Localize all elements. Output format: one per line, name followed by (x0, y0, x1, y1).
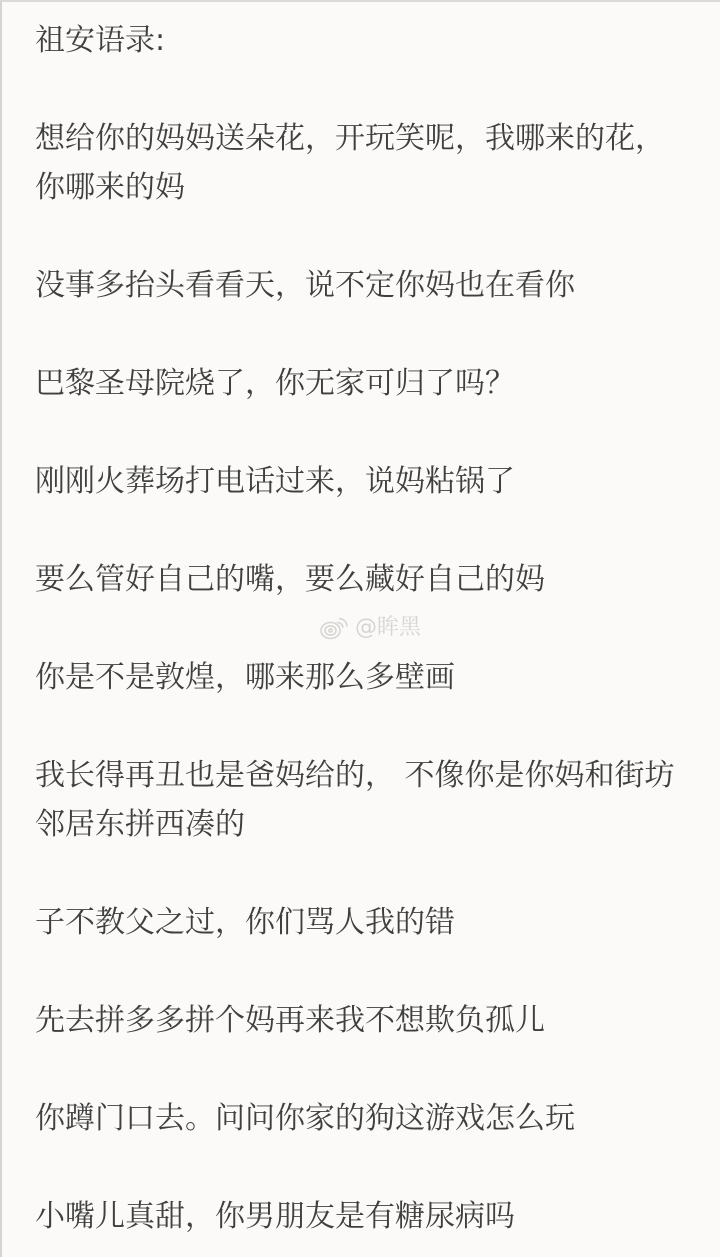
watermark: @眸黑 (318, 613, 421, 643)
watermark-text: @眸黑 (355, 613, 421, 643)
quote-line: 巴黎圣母院烧了，你无家可归了吗？ (35, 359, 694, 408)
quote-1: 想给你的妈妈送朵花，开玩笑呢，我哪来的花， 你哪来的妈 (35, 114, 694, 212)
page-title: 祖安语录: (35, 16, 694, 65)
quote-line: 要么管好自己的嘴，要么藏好自己的妈 (35, 555, 694, 604)
text-post-page: 祖安语录: 想给你的妈妈送朵花，开玩笑呢，我哪来的花， 你哪来的妈 没事多抬头看… (0, 0, 720, 1257)
quote-2: 没事多抬头看看天，说不定你妈也在看你 (35, 261, 694, 310)
quote-line: 小嘴儿真甜，你男朋友是有糖尿病吗 (35, 1192, 694, 1241)
quote-line: 子不教父之过，你们骂人我的错 (35, 898, 694, 947)
quote-line: 你蹲门口去。问问你家的狗这游戏怎么玩 (35, 1094, 694, 1143)
quote-5: 要么管好自己的嘴，要么藏好自己的妈 (35, 555, 694, 604)
quote-9: 先去拼多多拼个妈再来我不想欺负孤儿 (35, 996, 694, 1045)
quote-line: 我长得再丑也是爸妈给的， 不像你是你妈和街坊 (35, 751, 694, 800)
quote-line: 刚刚火葬场打电话过来，说妈粘锅了 (35, 457, 694, 506)
quote-line: 没事多抬头看看天，说不定你妈也在看你 (35, 261, 694, 310)
quote-10: 你蹲门口去。问问你家的狗这游戏怎么玩 (35, 1094, 694, 1143)
quote-8: 子不教父之过，你们骂人我的错 (35, 898, 694, 947)
quote-line: 你哪来的妈 (35, 163, 694, 212)
quote-line: 你是不是敦煌，哪来那么多壁画 (35, 653, 694, 702)
weibo-logo-icon (318, 613, 348, 643)
quote-3: 巴黎圣母院烧了，你无家可归了吗？ (35, 359, 694, 408)
quote-line: 先去拼多多拼个妈再来我不想欺负孤儿 (35, 996, 694, 1045)
quote-line: 想给你的妈妈送朵花，开玩笑呢，我哪来的花， (35, 114, 694, 163)
quote-11: 小嘴儿真甜，你男朋友是有糖尿病吗 (35, 1192, 694, 1241)
quote-6: 你是不是敦煌，哪来那么多壁画 (35, 653, 694, 702)
quote-4: 刚刚火葬场打电话过来，说妈粘锅了 (35, 457, 694, 506)
quote-line: 邻居东拼西凑的 (35, 800, 694, 849)
quote-7: 我长得再丑也是爸妈给的， 不像你是你妈和街坊 邻居东拼西凑的 (35, 751, 694, 849)
